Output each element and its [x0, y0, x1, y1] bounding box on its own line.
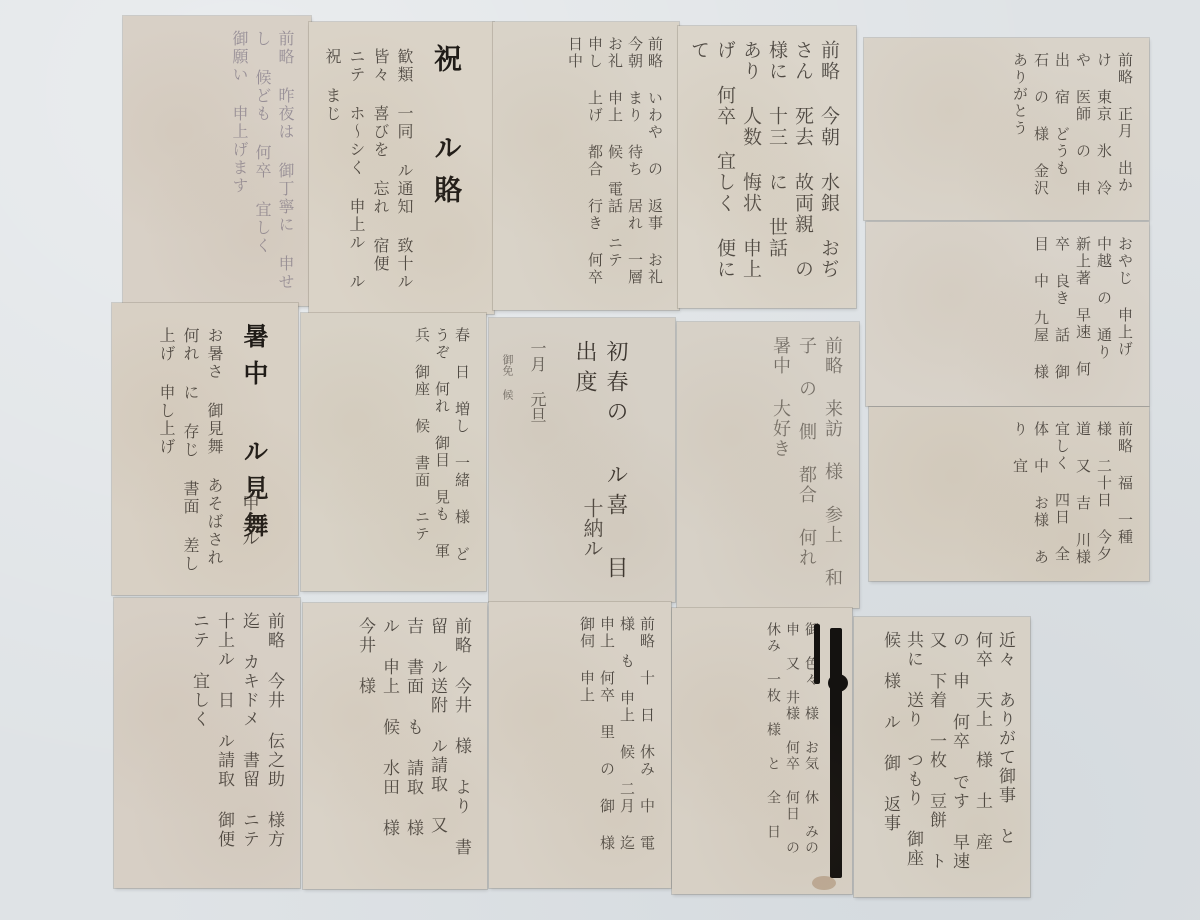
card-subtitle: 申上ル	[236, 493, 262, 547]
card-title: 祝 ル賂	[426, 44, 466, 217]
postcard-8: 春 日 増し 一緒 様 どうぞ 何れ 御目 見も 軍 兵 御座 候 書面 ニテ	[301, 313, 486, 591]
postcard-15: 御 色々 様 お気 休 みの 申 又 井様 何卒 何日 の 休み 一枚 様 と …	[672, 608, 852, 894]
ink-mark-short	[814, 624, 820, 684]
postcard-text: 前略 いわや の 返事 お礼 今朝 まり 待ち 居れ 一層 お礼 申上 候 電話…	[503, 36, 665, 296]
postcard-text: 前略 今朝 水銀 おぢさん 死去 故両親 の 様に 十三 に 世話 あり 人数 …	[688, 40, 842, 294]
stain-mark	[812, 876, 836, 890]
postcard-1: 前略 昨夜は 御丁寧に 申せし 候ども 何卒 宜しく 御願い 申上げます	[123, 16, 311, 306]
card-title: 初春の ル喜 目出度	[569, 340, 631, 602]
card-side-note: 御免 候	[499, 354, 515, 400]
postcard-3: 前略 いわや の 返事 お礼 今朝 まり 待ち 居れ 一層 お礼 申上 候 電話…	[493, 22, 679, 310]
postcard-text: 春 日 増し 一緒 様 どうぞ 何れ 御目 見も 軍 兵 御座 候 書面 ニテ	[311, 327, 472, 577]
postcard-text: 前略 正月 出かけ 東京 氷 冷や 医師 の 申出 宿 どうも 石 の 様 金沢…	[874, 52, 1135, 206]
postcard-text: 近々 ありがて御事 と 何卒 天上 様 土 産 の 申 何卒 です 早速 又 下…	[864, 631, 1016, 883]
postcard-text: 前略 福 一種 様 二十日 今夕 道 又 吉 川様 宜しく 四日 全体 中 お様…	[879, 421, 1135, 567]
postcard-5: 前略 正月 出かけ 東京 氷 冷や 医師 の 申出 宿 どうも 石 の 様 金沢…	[864, 38, 1149, 220]
postcard-text: 御 色々 様 お気 休 みの 申 又 井様 何卒 何日 の 休み 一枚 様 と …	[682, 622, 820, 880]
postcard-11: 前略 福 一種 様 二十日 今夕 道 又 吉 川様 宜しく 四日 全体 中 お様…	[869, 407, 1149, 581]
postcard-text: 前略 今井 様 より 書留 ル送附 ル請取 又 吉 書面 も 請取 様 ル 申上…	[313, 617, 473, 875]
postcard-text: 前略 昨夜は 御丁寧に 申せし 候ども 何卒 宜しく 御願い 申上げます	[133, 30, 297, 292]
postcard-text: 歓類 一同 ル通知 致十ル 皆々 喜びを 忘れ 宿便 ニテ ホ〜シく 申上ル ル…	[325, 48, 416, 292]
postcard-14: 前略 十 日 休み 中 電 様 も 申上 候 二月 迄 申上 何卒 里 の 御 …	[489, 602, 671, 888]
postcard-9-new-year: 初春の ル喜 目出度 十納ル 一月 元旦 御免 候	[489, 318, 675, 602]
postcard-text: おやじ 申上げ 中越 の 通り 新上著 早速 何卒 良き 話 御目 中 九屋 様	[876, 236, 1135, 392]
postcard-text: 前略 十 日 休み 中 電 様 も 申上 候 二月 迄 申上 何卒 里 の 御 …	[499, 616, 657, 874]
postcard-10: 前略 来訪 様 参上 和 子 の 側 都合 何れ 暑中 大好き	[677, 322, 859, 608]
postcard-16: 近々 ありがて御事 と 何卒 天上 様 土 産 の 申 何卒 です 早速 又 下…	[854, 617, 1030, 897]
postcard-text: 前略 今井 伝之助 様方 迄 カキドメ 書留 ニテ 十上ル 日 ル請取 御便 ニ…	[124, 612, 286, 874]
postcard-6: おやじ 申上げ 中越 の 通り 新上著 早速 何卒 良き 話 御目 中 九屋 様	[866, 222, 1149, 406]
ink-blot	[828, 674, 848, 692]
postcard-7-summer-greeting: 暑中 ル見舞 申上ル お暑さ 御見舞 あそばされ 何れ に 存じ 書面 差し上げ…	[112, 303, 298, 595]
card-subtitle: 十納ル	[578, 498, 607, 558]
postcard-13: 前略 今井 様 より 書留 ル送附 ル請取 又 吉 書面 も 請取 様 ル 申上…	[303, 603, 487, 889]
postcard-2-congratulations: 祝 ル賂 歓類 一同 ル通知 致十ル 皆々 喜びを 忘れ 宿便 ニテ ホ〜シく …	[309, 22, 494, 314]
postcard-12: 前略 今井 伝之助 様方 迄 カキドメ 書留 ニテ 十上ル 日 ル請取 御便 ニ…	[114, 598, 300, 888]
postcard-4: 前略 今朝 水銀 おぢさん 死去 故両親 の 様に 十三 に 世話 あり 人数 …	[678, 26, 856, 308]
postcard-text: お暑さ 御見舞 あそばされ 何れ に 存じ 書面 差し上げ 申し上げ	[126, 327, 226, 579]
card-date: 一月 元旦	[526, 340, 549, 423]
ink-mark-bar	[830, 628, 842, 878]
postcard-text: 前略 来訪 様 参上 和 子 の 側 都合 何れ 暑中 大好き	[687, 336, 845, 594]
